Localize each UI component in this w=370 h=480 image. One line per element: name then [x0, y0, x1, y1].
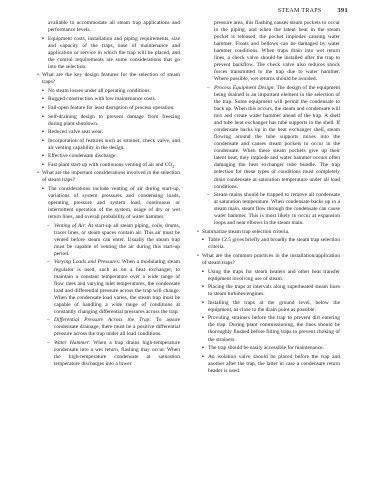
- bullet-marker-icon: ▪: [42, 36, 44, 43]
- item-text: Incorporation of features such as strain…: [48, 138, 180, 151]
- sub-bullet-item: –Differential Pressure Across the Trap: …: [37, 317, 180, 338]
- bullet-marker-icon: –: [47, 223, 50, 230]
- bullet-marker-icon: ▪: [202, 269, 204, 276]
- sub-bullet-item: –Steam mains should be trapped to remove…: [197, 192, 340, 227]
- question-item: •What are the key design features for th…: [37, 72, 180, 86]
- bullet-item: ▪No steam losses under all operating con…: [37, 88, 180, 95]
- bullet-marker-icon: ▪: [42, 162, 44, 169]
- bullet-item: ▪An isolation valve should be placed bef…: [197, 354, 340, 375]
- item-text: : The design of the equipment being drai…: [214, 85, 340, 190]
- bullet-marker-icon: ▪: [42, 96, 44, 103]
- item-text: Reduced valve seat wear.: [48, 129, 103, 135]
- bullet-item: ▪Self-draining design to prevent damage …: [37, 114, 180, 128]
- item-text: Fast plant start-up with continuous vent…: [48, 162, 172, 168]
- bullet-marker-icon: ▪: [42, 88, 44, 95]
- item-text: Using the traps for steam heaters and ot…: [208, 269, 340, 282]
- question-item: •What are the important considerations i…: [37, 170, 180, 184]
- sub-bullet-item: –Water Hammer: When a trap drains high-t…: [37, 340, 180, 368]
- bullet-marker-icon: ▪: [42, 129, 44, 136]
- bullet-marker-icon: ▪: [42, 114, 44, 121]
- bullet-item: ▪Using the traps for steam heaters and o…: [197, 269, 340, 283]
- running-title: STEAM TRAPS: [278, 8, 322, 14]
- continuation-paragraph: available to accommodate all steam trap …: [37, 20, 180, 34]
- bullet-item: ▪Table 12.5 gives briefly and broadly th…: [197, 237, 340, 251]
- item-text: No steam losses under all operating cond…: [48, 88, 151, 94]
- bullet-item: ▪Fast plant start-up with continuous ven…: [37, 162, 180, 169]
- sub-bullet-item: –Process Equipment Design: The design of…: [197, 85, 340, 191]
- sub-bullet-item: –Varying Loads and Pressures: When a mod…: [37, 259, 180, 315]
- item-text: Steam mains should be trapped to remove …: [214, 192, 340, 226]
- bullet-item: ▪Effective condensate discharge.: [37, 153, 180, 160]
- item-text: The considerations include venting of ai…: [48, 186, 180, 220]
- item-text: Rugged construction with low maintenance…: [48, 96, 156, 102]
- bullet-marker-icon: –: [47, 259, 50, 266]
- item-text: Summarize steam trap selection criteria.: [202, 229, 289, 235]
- bullet-item: ▪Rugged construction with low maintenanc…: [37, 96, 180, 103]
- bullet-item: ▪Placing the traps at intervals along su…: [197, 284, 340, 298]
- bullet-marker-icon: –: [207, 85, 210, 92]
- item-text: What are the key design features for the…: [42, 72, 180, 85]
- bullet-item: ▪Equipment costs, installation and pipin…: [37, 36, 180, 71]
- continuation-paragraph: pressure area, this flashing causes stea…: [197, 20, 340, 83]
- bullet-marker-icon: –: [207, 192, 210, 199]
- bullet-item: ▪Providing strainers before the trap to …: [197, 315, 340, 343]
- page-number: 391: [337, 7, 348, 14]
- term-label: Varying Loads and Pressures: [54, 259, 119, 265]
- bullet-item: ▪Installing the traps at the ground leve…: [197, 300, 340, 314]
- item-text: What are the common practices in the ins…: [202, 253, 340, 266]
- item-text: Fail-open feature for least disruption o…: [48, 105, 175, 111]
- item-text: Installing the traps at the ground level…: [208, 300, 340, 313]
- right-column: pressure area, this flashing causes stea…: [197, 20, 340, 375]
- bullet-marker-icon: ▪: [202, 345, 204, 352]
- bullet-item: ▪The considerations include venting of a…: [37, 186, 180, 221]
- sub-bullet-item: –Venting of Air: At start-up all steam p…: [37, 223, 180, 258]
- item-text: : When a modulating steam regulator is u…: [54, 259, 180, 314]
- term-label: Process Equipment Design: [214, 85, 273, 91]
- term-label: Water Hammer: [54, 340, 89, 346]
- bullet-marker-icon: ▪: [202, 300, 204, 307]
- item-text: Self-draining design to prevent damage f…: [48, 114, 180, 127]
- item-text: Table 12.5 gives briefly and broadly the…: [208, 237, 340, 250]
- bullet-marker-icon: ▪: [42, 138, 44, 145]
- item-text: An isolation valve should be placed befo…: [208, 354, 340, 374]
- bullet-marker-icon: –: [47, 340, 50, 347]
- bullet-marker-icon: ▪: [42, 186, 44, 193]
- bullet-marker-icon: ▪: [202, 237, 204, 244]
- bullet-marker-icon: ▪: [42, 105, 44, 112]
- question-item: •Summarize steam trap selection criteria…: [197, 229, 340, 236]
- bullet-item: ▪The trap should be easily accessible fo…: [197, 345, 340, 352]
- bullet-marker-icon: –: [47, 317, 50, 324]
- bullet-marker-icon: •: [197, 253, 199, 260]
- question-item: •What are the common practices in the in…: [197, 253, 340, 267]
- bullet-item: ▪Reduced valve seat wear.: [37, 129, 180, 136]
- bullet-marker-icon: •: [37, 170, 39, 177]
- item-text: Effective condensate discharge.: [48, 153, 117, 159]
- bullet-marker-icon: •: [197, 229, 199, 236]
- term-label: Differential Pressure Across the Trap: [54, 317, 149, 323]
- item-text: Equipment costs, installation and piping…: [48, 36, 180, 70]
- item-text: Placing the traps at intervals along sup…: [208, 284, 340, 297]
- right-bullet-list: –Process Equipment Design: The design of…: [197, 85, 340, 375]
- left-bullet-list: ▪Equipment costs, installation and pipin…: [37, 36, 180, 369]
- bullet-marker-icon: ▪: [202, 354, 204, 361]
- bullet-item: ▪Fail-open feature for least disruption …: [37, 105, 180, 112]
- bullet-marker-icon: ▪: [202, 315, 204, 322]
- bullet-item: ▪Incorporation of features such as strai…: [37, 138, 180, 152]
- left-column: available to accommodate all steam trap …: [37, 20, 180, 368]
- item-text: The trap should be easily accessible for…: [208, 345, 324, 351]
- running-header: STEAM TRAPS 391: [278, 7, 348, 14]
- item-text: Providing strainers before the trap to p…: [208, 315, 340, 342]
- term-label: Venting of Air: [54, 223, 85, 229]
- bullet-marker-icon: ▪: [202, 284, 204, 291]
- bullet-marker-icon: ▪: [42, 153, 44, 160]
- item-text: What are the important considerations in…: [42, 170, 180, 183]
- bullet-marker-icon: •: [37, 72, 39, 79]
